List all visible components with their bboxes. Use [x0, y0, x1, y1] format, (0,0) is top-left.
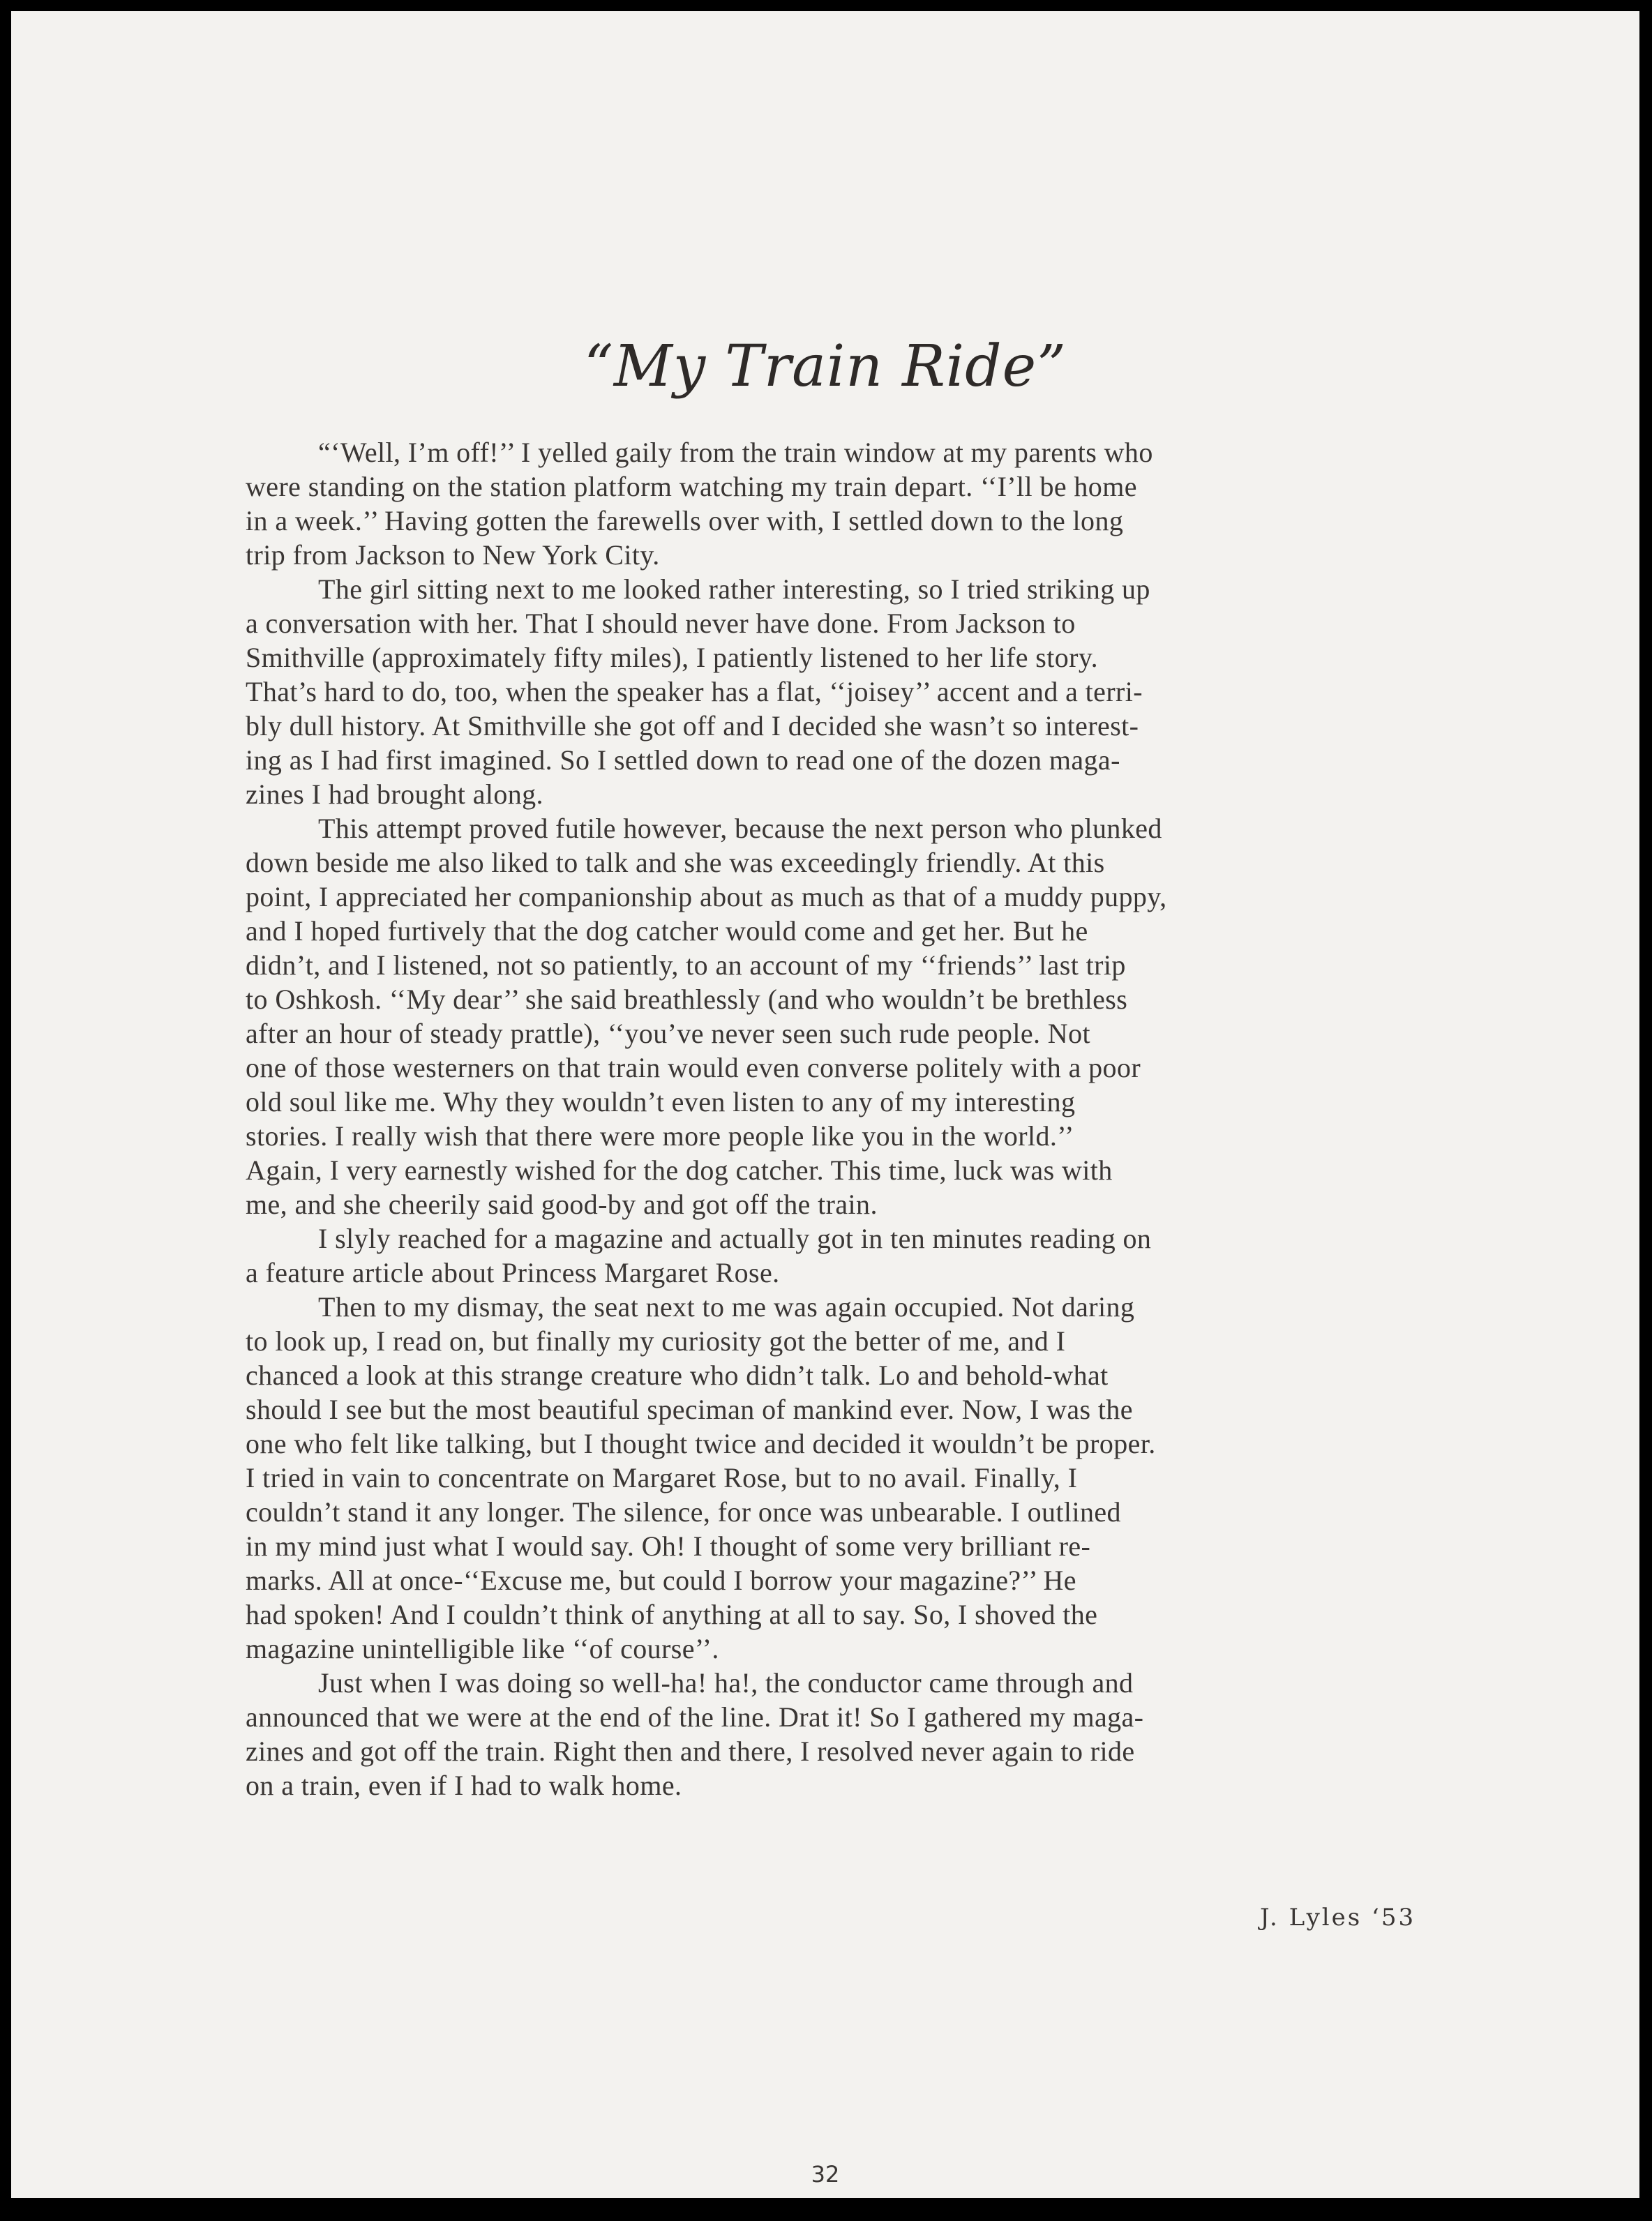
text-line: That’s hard to do, too, when the speaker… — [246, 675, 1445, 709]
text-line: had spoken! And I couldn’t think of anyt… — [246, 1597, 1445, 1632]
paragraph: The girl sitting next to me looked rathe… — [246, 572, 1445, 811]
document-title: “My Train Ride” — [11, 333, 1639, 400]
text-line: magazine unintelligible like ‘‘of course… — [246, 1632, 1445, 1666]
text-line: I slyly reached for a magazine and actua… — [246, 1221, 1445, 1256]
text-line: Just when I was doing so well-ha! ha!, t… — [246, 1666, 1445, 1700]
document-page: “My Train Ride” “‘Well, I’m off!’’ I yel… — [11, 11, 1639, 2198]
text-line: trip from Jackson to New York City. — [246, 538, 1445, 572]
text-line: ing as I had first imagined. So I settle… — [246, 743, 1445, 777]
text-line: This attempt proved futile however, beca… — [246, 811, 1445, 845]
text-line: and I hoped furtively that the dog catch… — [246, 914, 1445, 948]
text-line: zines and got off the train. Right then … — [246, 1734, 1445, 1768]
text-line: didn’t, and I listened, not so patiently… — [246, 948, 1445, 982]
text-line: a conversation with her. That I should n… — [246, 606, 1445, 640]
paragraph: Just when I was doing so well-ha! ha!, t… — [246, 1666, 1445, 1802]
text-line: to Oshkosh. ‘‘My dear’’ she said breathl… — [246, 982, 1445, 1016]
text-line: The girl sitting next to me looked rathe… — [246, 572, 1445, 606]
text-line: announced that we were at the end of the… — [246, 1700, 1445, 1734]
text-line: zines I had brought along. — [246, 777, 1445, 811]
text-line: old soul like me. Why they wouldn’t even… — [246, 1085, 1445, 1119]
text-line: in a week.’’ Having gotten the farewells… — [246, 504, 1445, 538]
text-line: down beside me also liked to talk and sh… — [246, 845, 1445, 880]
paragraph: Then to my dismay, the seat next to me w… — [246, 1290, 1445, 1666]
paragraph: This attempt proved futile however, beca… — [246, 811, 1445, 1221]
text-line: were standing on the station platform wa… — [246, 469, 1445, 504]
text-line: marks. All at once-‘‘Excuse me, but coul… — [246, 1563, 1445, 1597]
story-body: “‘Well, I’m off!’’ I yelled gaily from t… — [246, 435, 1445, 1802]
text-line: Smithville (approximately fifty miles), … — [246, 640, 1445, 675]
text-line: “‘Well, I’m off!’’ I yelled gaily from t… — [246, 435, 1445, 469]
text-line: Again, I very earnestly wished for the d… — [246, 1153, 1445, 1187]
author-signature: J. Lyles ‘53 — [1260, 1904, 1416, 1932]
text-line: one who felt like talking, but I thought… — [246, 1426, 1445, 1461]
text-line: chanced a look at this strange creature … — [246, 1358, 1445, 1392]
text-line: in my mind just what I would say. Oh! I … — [246, 1529, 1445, 1563]
text-line: a feature article about Princess Margare… — [246, 1256, 1445, 1290]
text-line: I tried in vain to concentrate on Margar… — [246, 1461, 1445, 1495]
paragraph: I slyly reached for a magazine and actua… — [246, 1221, 1445, 1290]
text-line: after an hour of steady prattle), ‘‘you’… — [246, 1016, 1445, 1051]
text-line: couldn’t stand it any longer. The silenc… — [246, 1495, 1445, 1529]
text-line: me, and she cheerily said good-by and go… — [246, 1187, 1445, 1221]
page-number: 32 — [11, 2161, 1639, 2188]
text-line: to look up, I read on, but finally my cu… — [246, 1324, 1445, 1358]
text-line: bly dull history. At Smithville she got … — [246, 709, 1445, 743]
text-line: Then to my dismay, the seat next to me w… — [246, 1290, 1445, 1324]
text-line: on a train, even if I had to walk home. — [246, 1768, 1445, 1802]
text-line: stories. I really wish that there were m… — [246, 1119, 1445, 1153]
text-line: point, I appreciated her companionship a… — [246, 880, 1445, 914]
paragraph: “‘Well, I’m off!’’ I yelled gaily from t… — [246, 435, 1445, 572]
text-line: one of those westerners on that train wo… — [246, 1051, 1445, 1085]
text-line: should I see but the most beautiful spec… — [246, 1392, 1445, 1426]
